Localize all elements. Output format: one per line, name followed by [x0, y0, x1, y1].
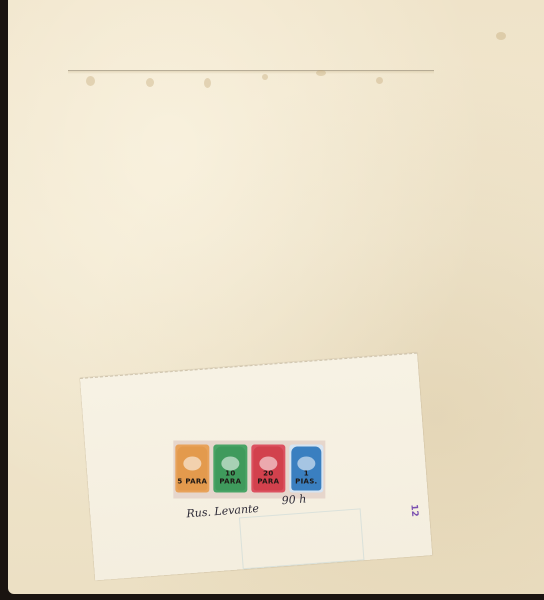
- stain: [204, 78, 211, 88]
- stain: [86, 76, 95, 86]
- faint-mount-outline: [239, 508, 365, 569]
- stain: [376, 77, 383, 84]
- stamp-strip: 5 PARA 10 PARA 20 PARA 1 PIAS.: [173, 441, 325, 499]
- stamp-1-piastre: 1 PIAS.: [289, 445, 323, 493]
- handwritten-price-note: 90 h: [281, 492, 306, 507]
- stamp-20-para: 20 PARA: [251, 445, 285, 493]
- stain: [262, 74, 268, 80]
- overprint: 1 PIAS.: [291, 470, 321, 486]
- overprint: 5 PARA: [177, 478, 207, 486]
- overprint: 10 PARA: [215, 470, 245, 486]
- stain: [316, 70, 326, 76]
- stain: [146, 78, 154, 87]
- stamp-10-para: 10 PARA: [213, 445, 247, 493]
- stamp-5-para: 5 PARA: [175, 445, 209, 493]
- fold-shadow: [68, 71, 434, 74]
- stain: [496, 32, 506, 40]
- purple-ink-mark: 12: [408, 504, 419, 517]
- stamp-mount-card: 5 PARA 10 PARA 20 PARA 1 PIAS. Rus. Leva…: [80, 353, 432, 581]
- overprint: 20 PARA: [253, 470, 283, 486]
